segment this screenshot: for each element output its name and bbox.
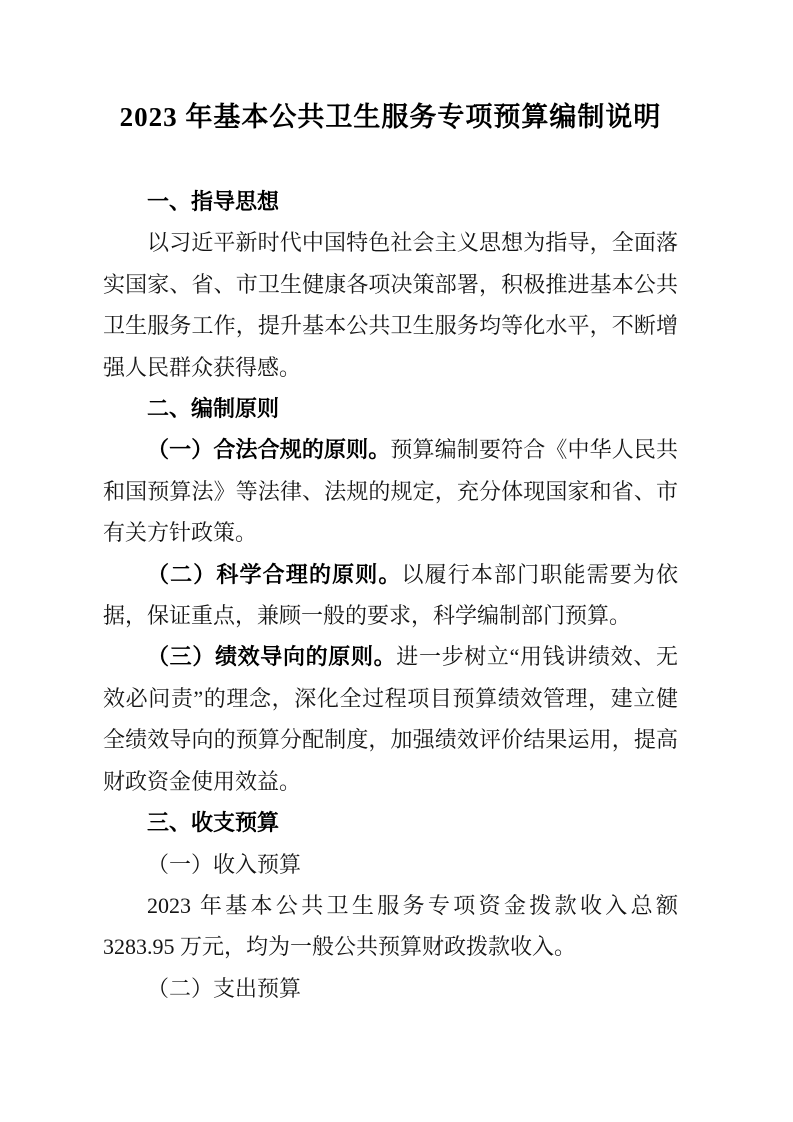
paragraph-lead-legality: （一）合法合规的原则。 xyxy=(147,437,390,462)
paragraph-principle-scientific: （二）科学合理的原则。以履行本部门职能需要为依据，保证重点，兼顾一般的要求，科学… xyxy=(103,554,678,637)
document-title: 2023 年基本公共卫生服务专项预算编制说明 xyxy=(103,98,678,136)
subheading-income-budget: （一）收入预算 xyxy=(103,844,678,885)
paragraph-principle-performance: （三）绩效导向的原则。进一步树立“用钱讲绩效、无效必问责”的理念，深化全过程项目… xyxy=(103,636,678,802)
paragraph-principle-legality: （一）合法合规的原则。预算编制要符合《中华人民共和国预算法》等法律、法规的规定，… xyxy=(103,429,678,553)
document-page: 2023 年基本公共卫生服务专项预算编制说明 一、指导思想 以习近平新时代中国特… xyxy=(0,0,793,1122)
document-title-text: 2023 年基本公共卫生服务专项预算编制说明 xyxy=(120,102,662,132)
paragraph-guiding-ideology: 以习近平新时代中国特色社会主义思想为指导，全面落实国家、省、市卫生健康各项决策部… xyxy=(103,222,678,388)
section-heading-revenue-expenditure-budget: 三、收支预算 xyxy=(103,802,678,843)
paragraph-lead-scientific: （二）科学合理的原则。 xyxy=(147,562,402,587)
section-heading-guiding-ideology: 一、指导思想 xyxy=(103,181,678,222)
paragraph-lead-performance: （三）绩效导向的原则。 xyxy=(147,644,396,669)
section-heading-preparation-principles: 二、编制原则 xyxy=(103,388,678,429)
subheading-expenditure-budget: （二）支出预算 xyxy=(103,968,678,1009)
paragraph-income-budget-amount: 2023 年基本公共卫生服务专项资金拨款收入总额 3283.95 万元，均为一般… xyxy=(103,885,678,968)
